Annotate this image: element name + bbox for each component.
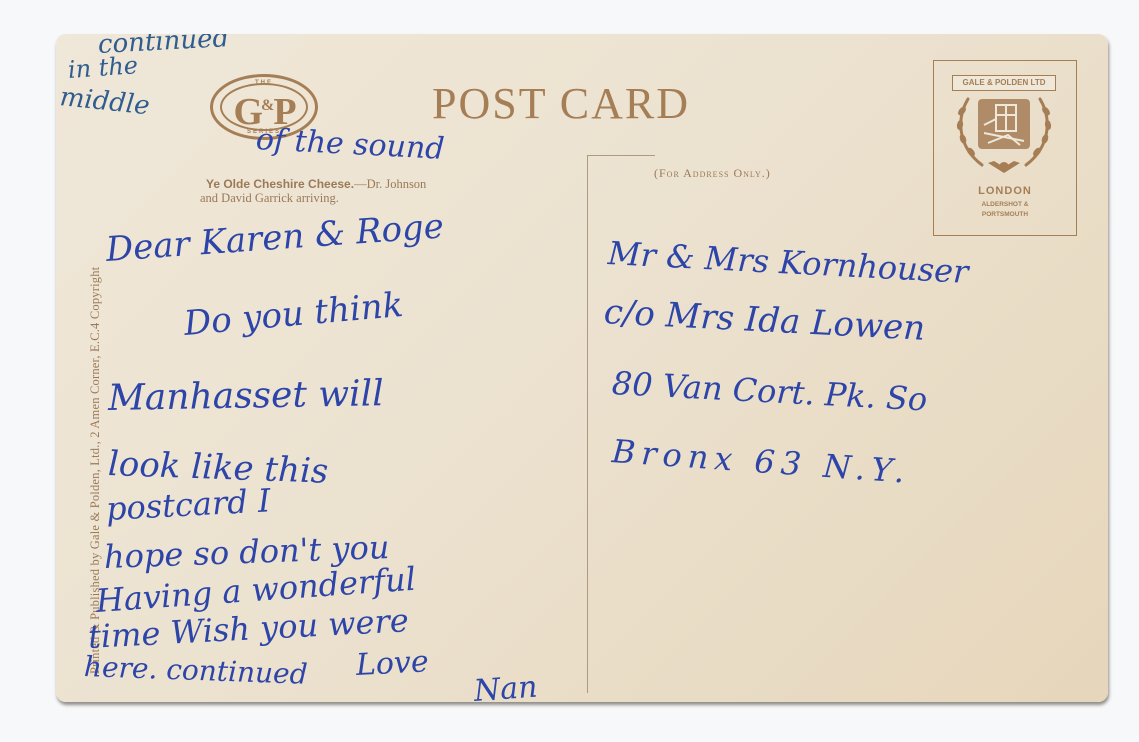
- center-divider: [587, 155, 588, 693]
- stamp-city: LONDON: [934, 185, 1076, 197]
- address-line: 80 Van Cort. Pk. So: [611, 364, 928, 418]
- message-line: postcard I: [105, 481, 271, 528]
- postcard-back: THE G&P SERIES POST CARD Ye Olde Cheshir…: [56, 34, 1108, 702]
- post-card-title: POST CARD: [432, 78, 690, 129]
- caption-rest: —Dr. Johnson: [354, 177, 426, 191]
- stamp-sub2: PORTSMOUTH: [934, 211, 1076, 218]
- address-line: Bronx 63 N.Y.: [611, 432, 912, 491]
- logo-ampersand: &: [261, 97, 273, 114]
- message-line: here. continued: [83, 650, 308, 691]
- stamp-banner: GALE & POLDEN LTD: [952, 75, 1056, 91]
- handwritten-note-line: middle: [58, 82, 151, 121]
- image-caption: Ye Olde Cheshire Cheese.—Dr. Johnson and…: [206, 177, 586, 205]
- address-line: c/o Mrs Ida Lowen: [603, 292, 926, 349]
- handwritten-note-line: of the sound: [255, 122, 445, 167]
- caption-bold: Ye Olde Cheshire Cheese.: [206, 177, 354, 191]
- divider-top-rule: [587, 155, 655, 156]
- message-signature: Nan: [473, 670, 539, 702]
- address-line: Mr & Mrs Kornhouser: [607, 234, 969, 291]
- caption-line2: and David Garrick arriving.: [200, 191, 586, 205]
- message-line: Dear Karen & Roge: [105, 206, 445, 270]
- message-line: Do you think: [182, 285, 405, 344]
- message-signoff: Love: [355, 644, 429, 683]
- stamp-sub1: ALDERSHOT &: [934, 201, 1076, 208]
- stamp-box: GALE & POLDEN LTD LONDON ALDERSHOT & POR…: [933, 60, 1077, 236]
- address-only-label: (For Address Only.): [654, 166, 771, 181]
- handwritten-note-line: in the: [67, 51, 139, 84]
- logo-top-text: THE: [213, 80, 315, 86]
- message-line: Manhasset will: [108, 373, 384, 419]
